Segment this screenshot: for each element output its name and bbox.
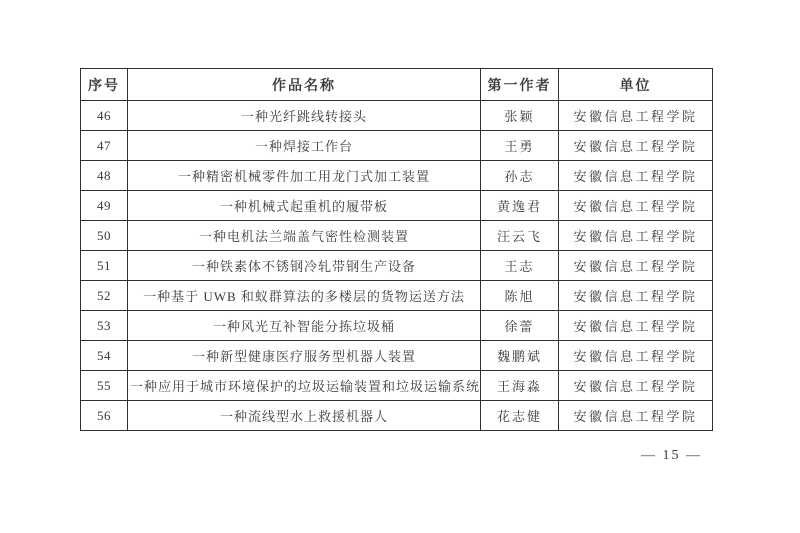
cell-title: 一种电机法兰端盖气密性检测装置 <box>128 221 481 251</box>
cell-author: 王勇 <box>481 131 559 161</box>
cell-author: 王志 <box>481 251 559 281</box>
cell-serial: 54 <box>81 341 128 371</box>
cell-unit: 安徽信息工程学院 <box>559 371 713 401</box>
cell-serial: 50 <box>81 221 128 251</box>
cell-unit: 安徽信息工程学院 <box>559 161 713 191</box>
cell-serial: 47 <box>81 131 128 161</box>
document-page: 序号 作品名称 第一作者 单位 46一种光纤跳线转接头张颖安徽信息工程学院47一… <box>0 0 800 533</box>
table-row: 47一种焊接工作台王勇安徽信息工程学院 <box>81 131 713 161</box>
cell-author: 魏鹏斌 <box>481 341 559 371</box>
cell-serial: 55 <box>81 371 128 401</box>
cell-unit: 安徽信息工程学院 <box>559 401 713 431</box>
cell-unit: 安徽信息工程学院 <box>559 311 713 341</box>
cell-author: 黄逸君 <box>481 191 559 221</box>
cell-title: 一种新型健康医疗服务型机器人装置 <box>128 341 481 371</box>
cell-title: 一种焊接工作台 <box>128 131 481 161</box>
col-header-serial: 序号 <box>81 69 128 101</box>
col-header-author: 第一作者 <box>481 69 559 101</box>
cell-serial: 53 <box>81 311 128 341</box>
cell-author: 花志健 <box>481 401 559 431</box>
cell-title: 一种流线型水上救援机器人 <box>128 401 481 431</box>
works-table: 序号 作品名称 第一作者 单位 46一种光纤跳线转接头张颖安徽信息工程学院47一… <box>80 68 713 431</box>
table-row: 53一种风光互补智能分拣垃圾桶徐蕾安徽信息工程学院 <box>81 311 713 341</box>
table-row: 55一种应用于城市环境保护的垃圾运输装置和垃圾运输系统王海淼安徽信息工程学院 <box>81 371 713 401</box>
cell-author: 陈旭 <box>481 281 559 311</box>
cell-author: 汪云飞 <box>481 221 559 251</box>
cell-unit: 安徽信息工程学院 <box>559 341 713 371</box>
cell-serial: 46 <box>81 101 128 131</box>
table-row: 50一种电机法兰端盖气密性检测装置汪云飞安徽信息工程学院 <box>81 221 713 251</box>
cell-author: 王海淼 <box>481 371 559 401</box>
cell-unit: 安徽信息工程学院 <box>559 221 713 251</box>
cell-title: 一种光纤跳线转接头 <box>128 101 481 131</box>
cell-title: 一种应用于城市环境保护的垃圾运输装置和垃圾运输系统 <box>128 371 481 401</box>
cell-serial: 52 <box>81 281 128 311</box>
table-row: 46一种光纤跳线转接头张颖安徽信息工程学院 <box>81 101 713 131</box>
table-row: 48一种精密机械零件加工用龙门式加工装置孙志安徽信息工程学院 <box>81 161 713 191</box>
cell-serial: 56 <box>81 401 128 431</box>
cell-author: 孙志 <box>481 161 559 191</box>
cell-unit: 安徽信息工程学院 <box>559 131 713 161</box>
header-row: 序号 作品名称 第一作者 单位 <box>81 69 713 101</box>
table-row: 49一种机械式起重机的履带板黄逸君安徽信息工程学院 <box>81 191 713 221</box>
table-row: 52一种基于 UWB 和蚁群算法的多楼层的货物运送方法陈旭安徽信息工程学院 <box>81 281 713 311</box>
cell-author: 徐蕾 <box>481 311 559 341</box>
page-number: — 15 — <box>641 448 702 464</box>
cell-serial: 48 <box>81 161 128 191</box>
cell-serial: 49 <box>81 191 128 221</box>
table-row: 56一种流线型水上救援机器人花志健安徽信息工程学院 <box>81 401 713 431</box>
cell-title: 一种基于 UWB 和蚁群算法的多楼层的货物运送方法 <box>128 281 481 311</box>
cell-author: 张颖 <box>481 101 559 131</box>
table-header: 序号 作品名称 第一作者 单位 <box>81 69 713 101</box>
cell-unit: 安徽信息工程学院 <box>559 101 713 131</box>
cell-title: 一种铁素体不锈钢冷轧带钢生产设备 <box>128 251 481 281</box>
cell-title: 一种风光互补智能分拣垃圾桶 <box>128 311 481 341</box>
table-body: 46一种光纤跳线转接头张颖安徽信息工程学院47一种焊接工作台王勇安徽信息工程学院… <box>81 101 713 431</box>
table-row: 51一种铁素体不锈钢冷轧带钢生产设备王志安徽信息工程学院 <box>81 251 713 281</box>
table-row: 54一种新型健康医疗服务型机器人装置魏鹏斌安徽信息工程学院 <box>81 341 713 371</box>
cell-unit: 安徽信息工程学院 <box>559 251 713 281</box>
cell-serial: 51 <box>81 251 128 281</box>
cell-title: 一种精密机械零件加工用龙门式加工装置 <box>128 161 481 191</box>
cell-unit: 安徽信息工程学院 <box>559 281 713 311</box>
cell-title: 一种机械式起重机的履带板 <box>128 191 481 221</box>
col-header-unit: 单位 <box>559 69 713 101</box>
cell-unit: 安徽信息工程学院 <box>559 191 713 221</box>
col-header-title: 作品名称 <box>128 69 481 101</box>
